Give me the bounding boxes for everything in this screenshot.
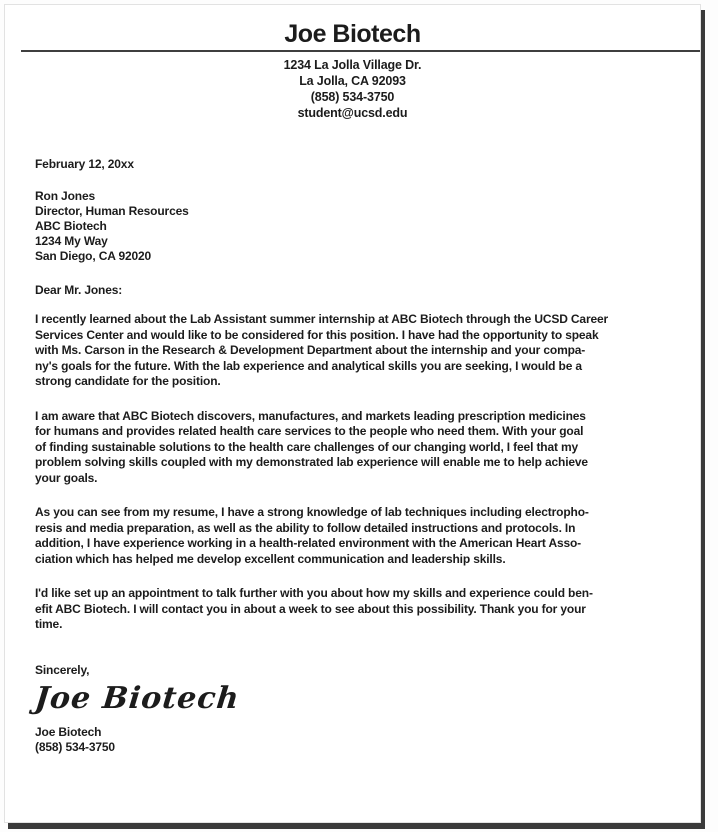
letterhead-address-line: (858) 534-3750 — [5, 89, 700, 105]
closing: Sincerely, — [35, 663, 692, 678]
letter-body: February 12, 20xx Ron Jones Director, Hu… — [5, 157, 700, 756]
letterhead-address-line: La Jolla, CA 92093 — [5, 73, 700, 89]
letter-page: Joe Biotech 1234 La Jolla Village Dr. La… — [4, 4, 701, 823]
body-paragraph: I'd like set up an appointment to talk f… — [35, 586, 694, 633]
recipient-line: ABC Biotech — [35, 219, 692, 234]
letterhead-name: Joe Biotech — [5, 20, 700, 48]
letterhead-address: 1234 La Jolla Village Dr. La Jolla, CA 9… — [5, 57, 700, 121]
recipient-block: Ron Jones Director, Human Resources ABC … — [35, 189, 692, 264]
body-paragraph: I am aware that ABC Biotech discovers, m… — [35, 409, 694, 487]
body-paragraph: I recently learned about the Lab Assista… — [35, 312, 694, 390]
date-line: February 12, 20xx — [35, 157, 692, 172]
body-paragraph: As you can see from my resume, I have a … — [35, 505, 694, 567]
salutation: Dear Mr. Jones: — [35, 283, 692, 298]
letterhead-rule — [21, 50, 700, 52]
recipient-line: Director, Human Resources — [35, 204, 692, 219]
letterhead-address-line: 1234 La Jolla Village Dr. — [5, 57, 700, 73]
recipient-line: 1234 My Way — [35, 234, 692, 249]
signature-script: Joe Biotech — [33, 681, 257, 717]
letterhead-address-line: student@ucsd.edu — [5, 105, 700, 121]
typed-name: Joe Biotech — [35, 725, 692, 741]
letterhead: Joe Biotech 1234 La Jolla Village Dr. La… — [5, 5, 700, 121]
recipient-line: Ron Jones — [35, 189, 692, 204]
recipient-line: San Diego, CA 92020 — [35, 249, 692, 264]
typed-phone: (858) 534-3750 — [35, 740, 692, 756]
